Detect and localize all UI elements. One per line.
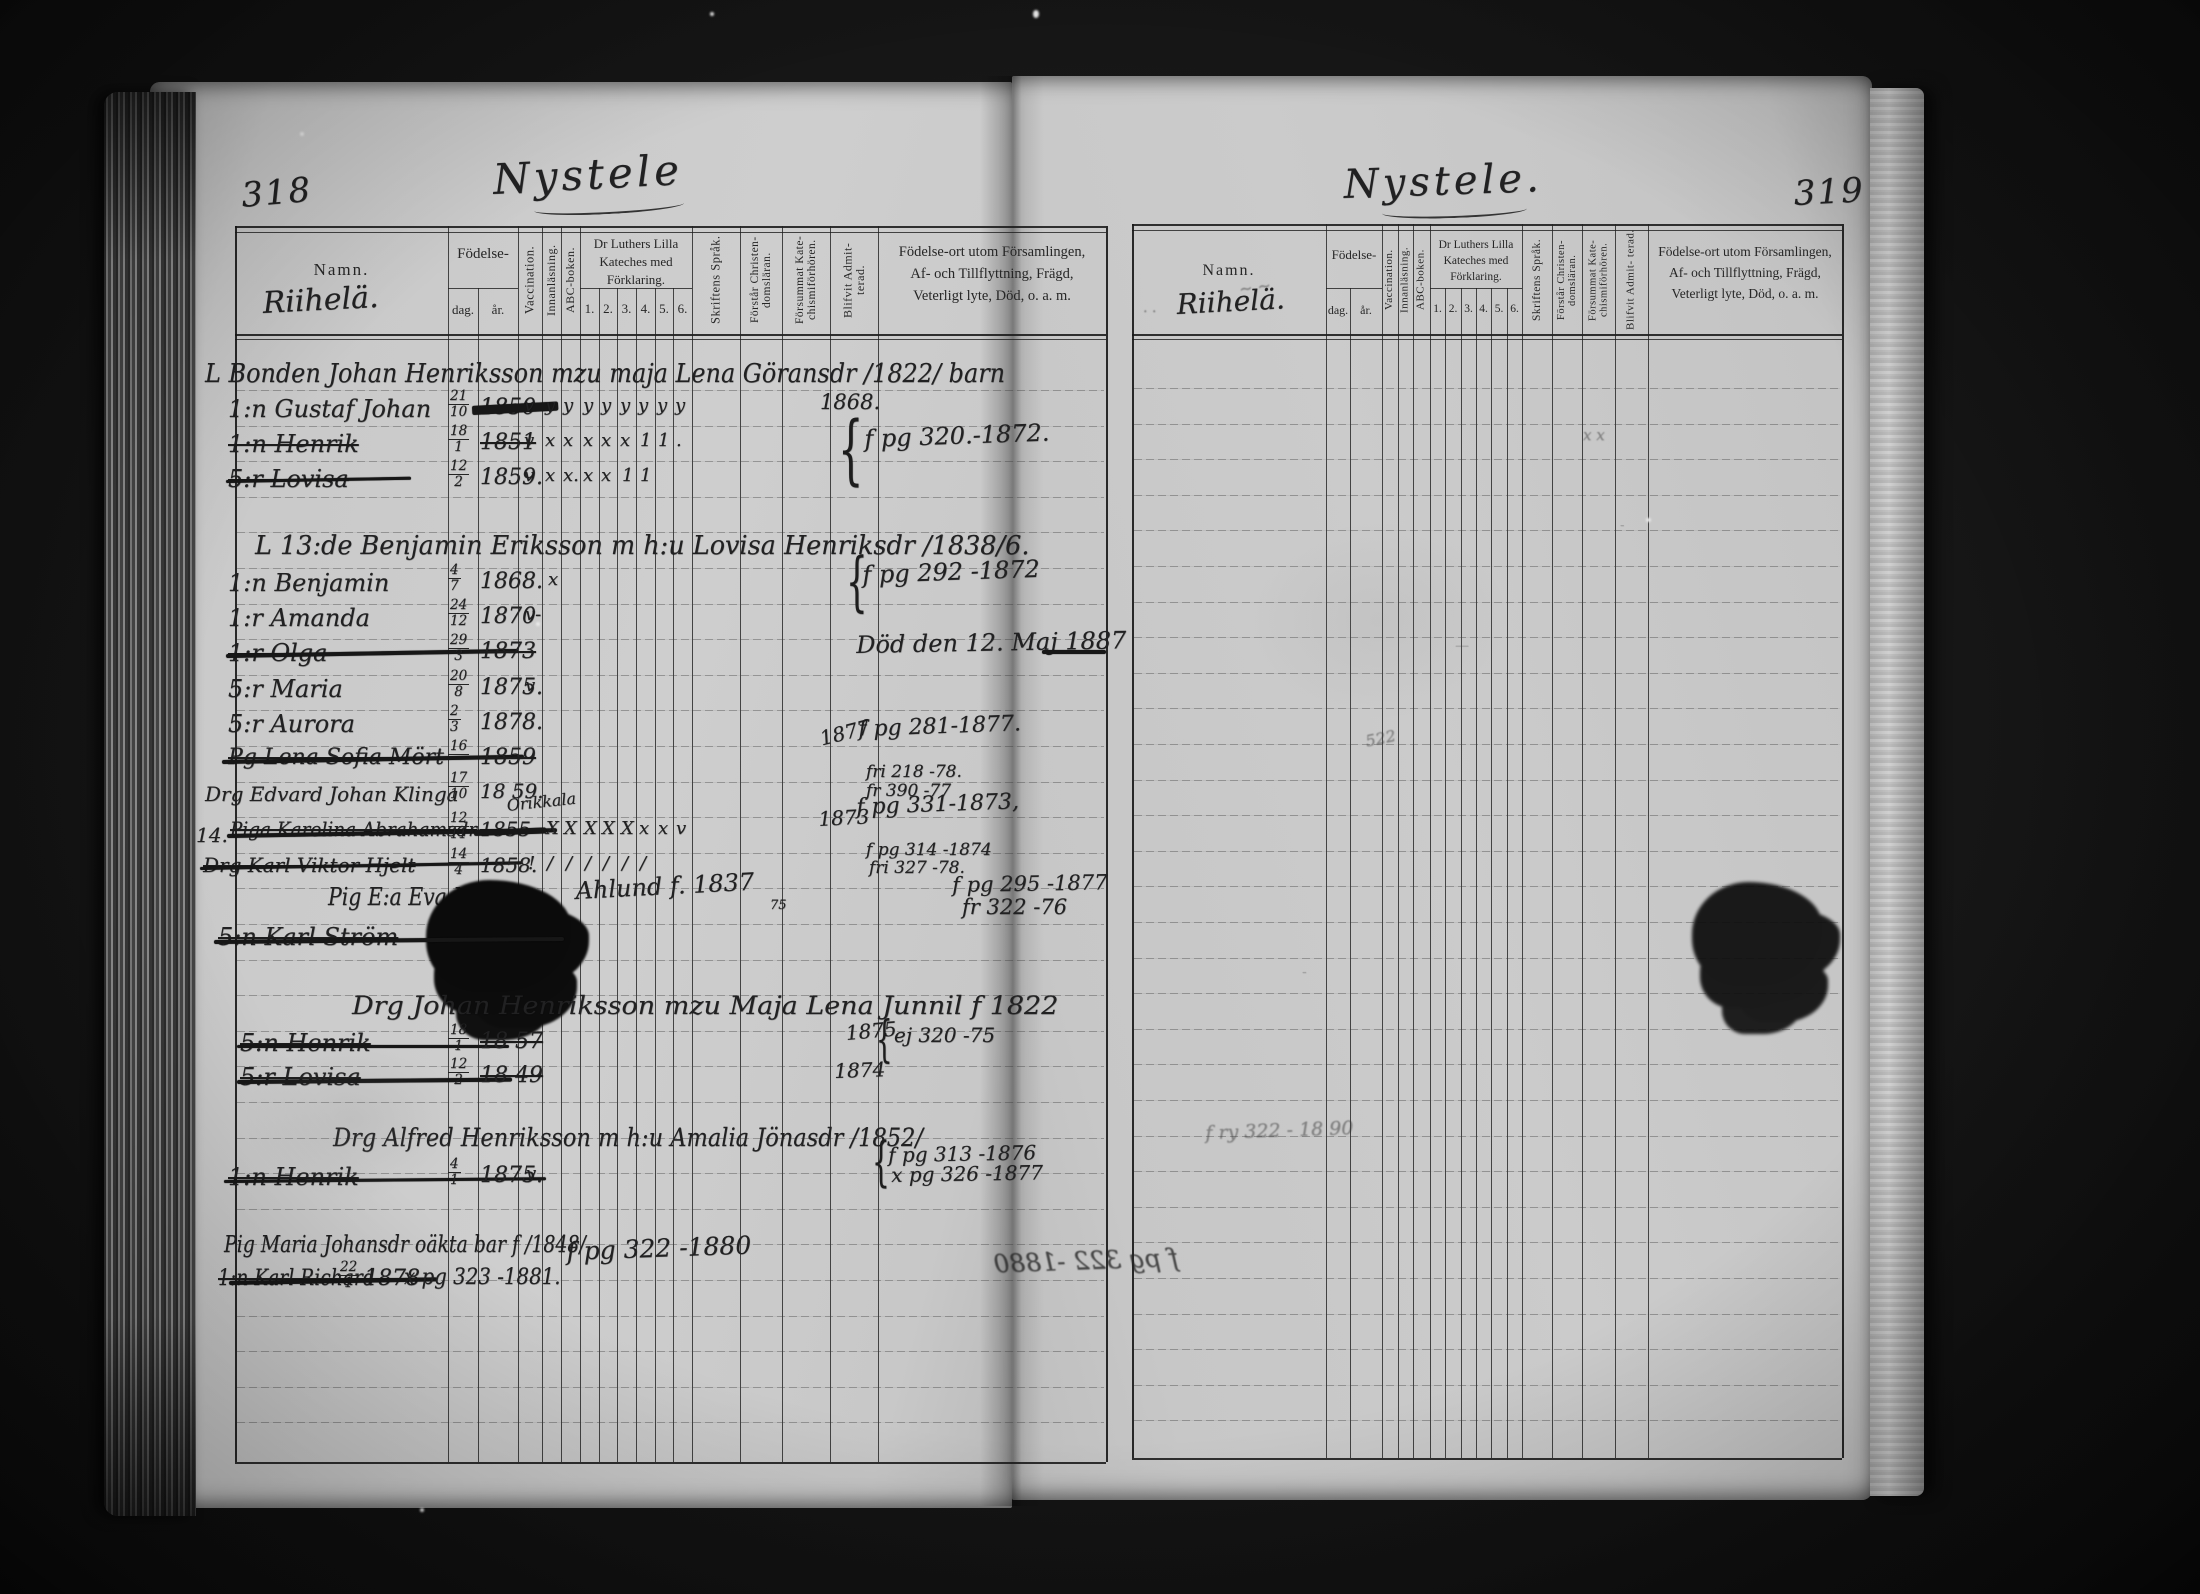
ruled-line (1134, 1278, 1840, 1279)
ruled-line (1134, 1242, 1840, 1243)
col-header-ar-left: år. (478, 303, 518, 318)
handwritten-text: f pg 314 -1874 (866, 842, 992, 858)
ruled-line (1134, 993, 1840, 994)
ruled-line (1134, 388, 1840, 389)
birth-month: 3 (450, 720, 459, 735)
birth-month: 2 (454, 1073, 463, 1088)
record-mark: X (584, 820, 597, 837)
birth-date-fraction: 2412 (448, 599, 469, 628)
handwritten-text: 18 49 (480, 1066, 543, 1087)
col-header-fodelseort-2-left: Af- och Tillflyttning, Frägd, (880, 266, 1104, 283)
birth-month: 1 (450, 1173, 459, 1188)
birth-day: 12 (448, 1058, 469, 1073)
ruled-line (1134, 708, 1840, 709)
record-mark: v (524, 432, 534, 449)
ruled-line (1134, 780, 1840, 781)
column-line (1326, 224, 1327, 1458)
record-mark: X (564, 820, 577, 837)
col-header-fodelseort-3-left: Veterligt lyte, Död, o. a. m. (880, 288, 1104, 305)
birth-date-fraction: 16 (448, 740, 469, 756)
handwritten-brace: { (838, 414, 863, 486)
record-mark: / (585, 855, 591, 872)
kateches-col-2-left: 2. (599, 302, 617, 317)
handwritten-text: x pg 326 -1877 (891, 1163, 1043, 1185)
record-mark: / (566, 855, 572, 872)
kateches-col-4-right: 4. (1476, 303, 1491, 316)
handwritten-text: x pg 323 -1881. (404, 1268, 561, 1289)
birth-month: 12 (450, 614, 467, 629)
ruled-line (1134, 851, 1840, 852)
col-header-skriftens-right: Skriftens Språk. (1522, 228, 1552, 332)
col-header-fodelseort-3-right: Veterligt lyte, Död, o. a. m. (1648, 286, 1842, 302)
table-border-top-inner (235, 232, 1106, 233)
birth-date-fraction: 122 (448, 460, 469, 489)
kateches-col-1-right: 1. (1430, 303, 1445, 316)
column-line (1552, 224, 1553, 1458)
record-mark: . (676, 432, 682, 449)
col-header-namn-left: Namn. (235, 260, 448, 280)
col-header-skriftens-left: Skriftens Språk. (692, 228, 740, 332)
dust-speck (420, 1508, 424, 1512)
record-mark: x (545, 467, 555, 484)
kateches-col-2-right: 2. (1445, 303, 1461, 316)
record-mark: x. (563, 467, 579, 484)
subcolumn-line (1461, 288, 1462, 1458)
handwritten-text: 5:r Aurora (228, 713, 355, 736)
handwritten-text: L Bonden Johan Henriksson mzu maja Lena … (205, 362, 1005, 387)
col-header-fodelseort-2-right: Af- och Tillflyttning, Frägd, (1648, 265, 1842, 281)
birth-date-fraction: 41 (448, 1158, 461, 1187)
birth-month: 11 (450, 827, 467, 842)
ruled-line (1134, 1207, 1840, 1208)
col-header-vaccination-left: Vaccination. (518, 228, 542, 332)
ruled-line (1134, 424, 1840, 425)
header-bottom-line (1132, 334, 1842, 336)
birth-month: 1 (344, 1276, 353, 1291)
ruled-line (237, 1316, 1104, 1317)
kateches-col-4-left: 4. (636, 302, 655, 317)
handwritten-text: f pg 331-1873, (856, 792, 1019, 819)
birth-month: 4 (454, 863, 463, 878)
birth-date-fraction: 23 (448, 705, 461, 734)
kateches-col-3-left: 3. (617, 302, 636, 317)
col-header-forstar-left: Förstår Christen- domsläran. (740, 228, 782, 332)
birth-date-fraction: 2110 (448, 390, 469, 419)
ruled-line (1134, 1064, 1840, 1065)
kateches-col-5-right: 5. (1491, 303, 1507, 316)
ruled-line (237, 1351, 1104, 1352)
birth-month: 3 (454, 649, 463, 664)
record-mark: 1 (640, 467, 651, 484)
handwritten-text: fr 322 -76 (962, 898, 1067, 918)
col-header-namn-right: Namn. (1132, 262, 1326, 280)
record-mark: 1 (658, 432, 669, 449)
record-mark: X (546, 820, 559, 837)
handwritten-text: ej 320 -75 (894, 1026, 995, 1045)
handwritten-text: 75 (770, 900, 787, 912)
kateches-col-6-left: 6. (673, 302, 692, 317)
ruled-line (1134, 673, 1840, 674)
column-line (1398, 224, 1399, 1458)
handwritten-text: L 13:de Benjamin Eriksson m h:u Lovisa H… (255, 534, 1029, 559)
handwritten-text: 1:n Henrik (228, 433, 359, 456)
birth-date-fraction: 181 (448, 1024, 469, 1053)
record-mark: y (601, 397, 611, 414)
record-mark: v (524, 397, 534, 414)
handwritten-text: 1878. (480, 713, 543, 734)
col-header-dag-left: dag. (448, 303, 478, 318)
col-header-kateches-3-left: Förklaring. (582, 273, 690, 288)
record-mark: x (583, 467, 593, 484)
record-mark: 1 (622, 467, 633, 484)
dust-speck (536, 622, 540, 626)
birth-month: 7 (450, 579, 459, 594)
dust-speck (300, 132, 304, 136)
record-mark: x (601, 467, 611, 484)
bleed-through-ghost: - (1620, 520, 1624, 532)
handwritten-text: 14. (196, 826, 228, 845)
birth-day: 16 (448, 740, 469, 755)
birth-day: 29 (448, 634, 469, 649)
ruled-line (1134, 1314, 1840, 1315)
handwritten-text: 18 57 (480, 1032, 543, 1053)
handwritten-text: 1868. (480, 572, 543, 593)
birth-date-fraction: 1710 (448, 772, 469, 801)
birth-date-fraction: 47 (448, 564, 461, 593)
record-mark: x (639, 820, 649, 837)
birth-date-fraction: 293 (448, 634, 469, 663)
ruled-line (237, 1422, 1104, 1423)
record-mark: x (583, 432, 593, 449)
ruled-line (1134, 1100, 1840, 1101)
dust-speck (1646, 518, 1651, 522)
ruled-line (1134, 530, 1840, 531)
birth-month: 2 (454, 475, 463, 490)
record-mark: x (548, 571, 558, 588)
record-mark: x (563, 432, 573, 449)
record-mark: x (601, 432, 611, 449)
handwritten-text: f pg 295 -1877 (952, 873, 1108, 896)
fodelse-split-line (448, 288, 518, 289)
kateches-col-5-left: 5. (655, 302, 673, 317)
col-header-kateches-2-left: Kateches med (582, 255, 690, 270)
ruled-line (1134, 637, 1840, 638)
handwritten-text: 1:n Henrik (228, 1166, 359, 1189)
subcolumn-line (1491, 288, 1492, 1458)
ruled-line (237, 390, 1104, 391)
bleed-through-ghost: x x (1583, 428, 1605, 442)
kateches-col-1-left: 1. (580, 302, 599, 317)
record-mark: y (563, 397, 573, 414)
birth-date-fraction: 181 (448, 425, 469, 454)
birth-month: 10 (450, 787, 467, 802)
ruled-line (237, 1387, 1104, 1388)
ruled-line (1134, 495, 1840, 496)
record-mark: v (676, 820, 686, 837)
birth-day: 18 (448, 1024, 469, 1039)
kateches-col-3-right: 3. (1461, 303, 1476, 316)
subcolumn-line (1507, 288, 1508, 1458)
birth-day: 17 (448, 772, 469, 787)
ruled-line (237, 1066, 1104, 1067)
record-mark: ! (528, 855, 535, 872)
birth-date-fraction: 122 (448, 1058, 469, 1087)
col-header-dag-right: dag. (1326, 304, 1350, 318)
table-border-top-inner (1132, 230, 1842, 231)
ruled-line (1134, 1171, 1840, 1172)
record-mark: y (545, 397, 555, 414)
col-header-kateches-2-right: Kateches med (1430, 255, 1522, 268)
ruled-line (237, 1209, 1104, 1210)
record-mark: / (547, 855, 553, 872)
col-header-innanlasning-right: Innanläsning. (1398, 228, 1413, 332)
record-mark: y (657, 397, 667, 414)
bleed-through-ghost: · · (1143, 306, 1156, 319)
handwritten-text: 1:n Benjamin (228, 572, 389, 595)
subcolumn-line (1350, 288, 1351, 1458)
col-header-vaccination-right: Vaccination. (1382, 228, 1398, 332)
handwritten-text: 1873 (480, 642, 536, 663)
handwritten-text: Drg Alfred Henriksson m h:u Amalia Jönas… (333, 1126, 923, 1150)
ruled-line (237, 461, 1104, 462)
page-title-right: Nystele. (1343, 159, 1543, 204)
record-mark: y (583, 397, 593, 414)
table-border-vertical (1106, 226, 1108, 1462)
header-bottom-inner (235, 339, 1106, 340)
bleed-through-ghost: — (1455, 640, 1469, 653)
scanned-parish-register-photo: 318 Nystele Nystele. 319 Riihelä. Riihel… (0, 0, 2200, 1594)
col-header-fodelseort-1-right: Födelse-ort utom Församlingen, (1648, 244, 1842, 260)
column-line (1413, 224, 1414, 1458)
column-line (580, 226, 581, 1462)
handwritten-text: 1:r Amanda (228, 607, 370, 630)
column-line (1430, 224, 1431, 1458)
birth-month: 10 (450, 405, 467, 420)
ruled-line (1134, 566, 1840, 567)
dust-speck (1033, 10, 1039, 18)
record-mark: X (621, 820, 634, 837)
page-number-left: 318 (240, 174, 313, 212)
handwritten-text: 1859 (480, 748, 536, 769)
subcolumn-line (1476, 288, 1477, 1458)
table-border-top (1132, 224, 1842, 226)
column-line (740, 226, 741, 1462)
ruled-line (1134, 815, 1840, 816)
ruled-line (237, 1102, 1104, 1103)
col-header-fodelseort-1-left: Födelse-ort utom Församlingen, (880, 244, 1104, 261)
handwritten-text: Drg Edvard Johan Klinga (205, 785, 459, 804)
birth-month: 1 (454, 1039, 463, 1054)
handwritten-text: Pig Maria Johansdr oäkta bar f /1848/ (224, 1235, 586, 1257)
subcolumn-line (1445, 288, 1446, 1458)
handwritten-text: 5:n Karl Ström (218, 926, 398, 949)
bleed-through-ghost: ~ ~ (1238, 278, 1272, 297)
ruled-line (1134, 1420, 1840, 1421)
record-mark: X (602, 820, 615, 837)
birth-day: 14 (448, 848, 469, 863)
record-mark: y (638, 397, 648, 414)
dust-speck (710, 12, 714, 16)
record-mark: v- (525, 606, 541, 623)
birth-date-fraction: 221 (338, 1261, 359, 1290)
col-header-kateches-1-left: Dr Luthers Lilla (582, 237, 690, 252)
col-header-forsummat-right: Försummat Kate- chismiförhören. (1582, 228, 1615, 332)
birth-month: 8 (454, 685, 463, 700)
col-header-blifvit-right: Blifvit Admit- terad. (1615, 228, 1648, 332)
table-border-top (235, 226, 1106, 228)
record-mark: / (622, 855, 628, 872)
birth-day: 12 (448, 460, 469, 475)
birth-day: 12 (448, 812, 469, 827)
ruled-line (1134, 1385, 1840, 1386)
ink-strike-line (1042, 650, 1106, 654)
header-bottom-line (235, 334, 1106, 336)
book-page-edges-left (104, 92, 196, 1516)
birth-day: 20 (448, 670, 469, 685)
column-line (782, 226, 783, 1462)
ruled-line (237, 960, 1104, 961)
birth-day: 2 (448, 705, 461, 720)
birth-date-fraction: 144 (448, 848, 469, 877)
fodelse-split-line (1326, 288, 1382, 289)
record-mark: y (675, 397, 685, 414)
birth-day: 21 (448, 390, 469, 405)
bleed-through-ghost: - (1302, 966, 1307, 979)
birth-date-fraction: 1211 (448, 812, 469, 841)
bleed-through-ghost: f pg 322 -1880 (993, 1246, 1179, 1276)
ruled-line (237, 710, 1104, 711)
book-page-edges-right (1870, 88, 1924, 1496)
record-mark: x (620, 432, 630, 449)
handwritten-text: 5:n Henrik (240, 1032, 371, 1055)
page-number-right: 319 (1793, 174, 1865, 210)
ruled-line (1134, 459, 1840, 460)
handwritten-text: 1:n Gustaf Johan (228, 398, 431, 421)
record-mark: 1 (640, 432, 651, 449)
birth-day: 4 (448, 1158, 461, 1173)
birth-month: 1 (454, 440, 463, 455)
table-border-bottom (1132, 1458, 1842, 1460)
birth-day: 22 (338, 1261, 359, 1276)
handwritten-text: f pg 292 -1872 (862, 558, 1040, 587)
handwritten-text: 5:r Lovisa (240, 1066, 361, 1089)
ruled-line (237, 497, 1104, 498)
table-border-vertical (1842, 224, 1844, 1458)
column-line (1582, 224, 1583, 1458)
handwritten-text: 1874 (834, 1060, 886, 1081)
handwritten-text: f pg 322 -1880 (566, 1234, 752, 1264)
ruled-line (1134, 744, 1840, 745)
ruled-line (1134, 1349, 1840, 1350)
col-header-blifvit-left: Blifvit Admit- terad. (830, 228, 878, 332)
column-line (692, 226, 693, 1462)
col-header-fodelse-right: Födelse- (1326, 248, 1382, 263)
ruled-line (237, 675, 1104, 676)
column-line (1615, 224, 1616, 1458)
surname-heading-left: Riihelä. (262, 284, 379, 319)
column-line (1648, 224, 1649, 1458)
handwritten-text: 5:r Maria (228, 678, 343, 701)
birth-date-fraction: 208 (448, 670, 469, 699)
record-mark: v (526, 1165, 536, 1182)
handwritten-text: fri 218 -78. (866, 764, 962, 780)
header-bottom-inner (1132, 339, 1842, 340)
col-header-innanlasning-left: Innanläsning. (542, 228, 561, 332)
col-header-abcboken-left: ABC-boken. (561, 228, 580, 332)
birth-day: 18 (448, 425, 469, 440)
bleed-through-ghost: f ry 322 - 18 90 (1205, 1119, 1354, 1142)
birth-day: 24 (448, 599, 469, 614)
birth-day: 4 (448, 564, 461, 579)
ruled-line (1134, 602, 1840, 603)
record-mark: x (658, 820, 668, 837)
table-border-bottom (235, 1462, 1106, 1464)
column-line (1382, 224, 1383, 1458)
col-header-kateches-3-right: Förklaring. (1430, 271, 1522, 284)
record-mark: / (603, 855, 609, 872)
handwritten-text: f pg 320.-1872. (864, 422, 1050, 451)
record-mark: v (524, 467, 534, 484)
record-mark: y (620, 397, 630, 414)
record-mark: v (525, 677, 535, 694)
column-line (1522, 224, 1523, 1458)
record-mark: / (640, 855, 646, 872)
col-header-kateches-1-right: Dr Luthers Lilla (1430, 239, 1522, 252)
ruled-line (1134, 1029, 1840, 1030)
kateches-col-6-right: 6. (1507, 303, 1522, 316)
handwritten-text: f pg 281-1877. (858, 714, 1021, 741)
col-header-forsummat-left: Försummat Kate- chismiförhören. (782, 228, 830, 332)
handwritten-text: fri 327 -78. (869, 860, 965, 876)
record-mark: x (545, 432, 555, 449)
col-header-ar-right: år. (1350, 304, 1382, 318)
handwritten-text: Drg Johan Henriksson mzu Maja Lena Junni… (352, 994, 1058, 1018)
col-header-abcboken-right: ABC-boken. (1413, 228, 1430, 332)
col-header-fodelse-left: Födelse- (448, 246, 518, 263)
page-title-left: Nystele (492, 150, 684, 200)
col-header-forstar-right: Förstår Christen- domsläran. (1552, 228, 1582, 332)
